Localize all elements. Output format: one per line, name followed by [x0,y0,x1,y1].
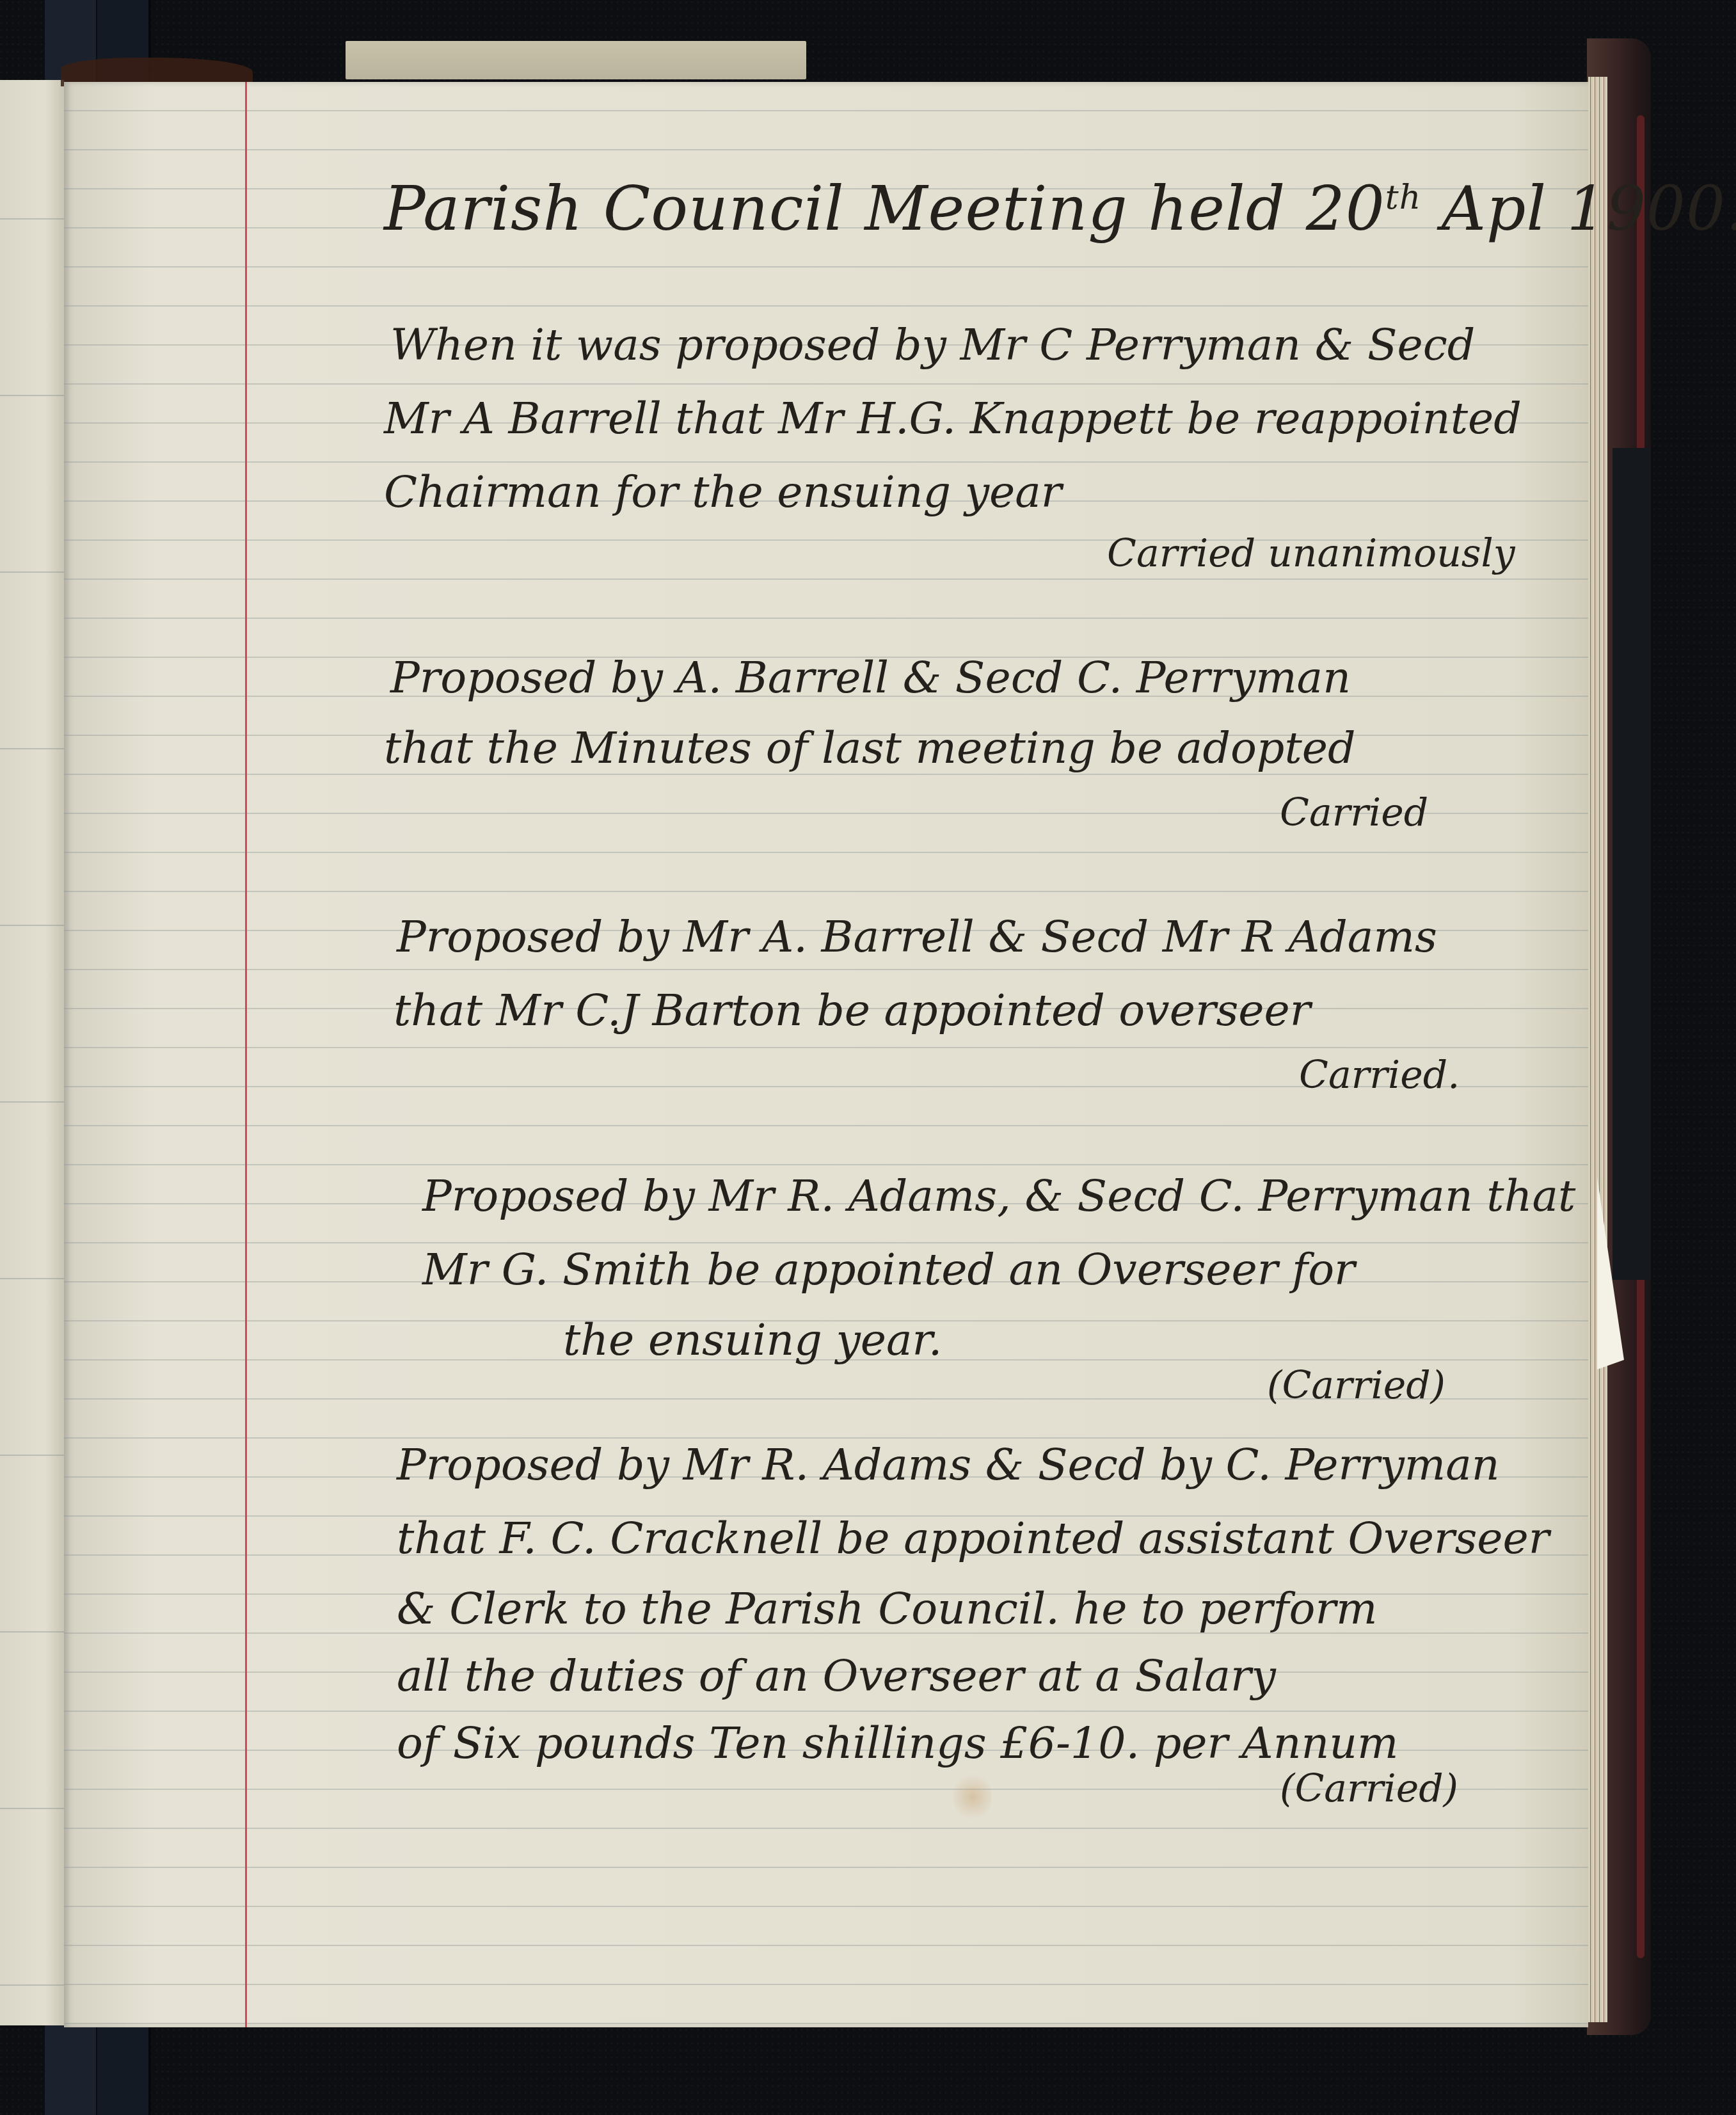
motion-result: (Carried) [1280,1766,1458,1811]
ink-stain [953,1771,992,1823]
entry-line: that F. C. Cracknell be appointed assist… [397,1513,1549,1564]
motion-result: (Carried) [1267,1363,1445,1408]
entry-line: Mr A Barrell that Mr H.G. Knappett be re… [384,394,1522,444]
entry-line: Proposed by A. Barrell & Secd C. Perryma… [390,653,1351,703]
entry-line: Chairman for the ensuing year [384,467,1062,518]
entry-line: that the Minutes of last meeting be adop… [384,723,1355,774]
entry-line: Proposed by Mr R. Adams & Secd by C. Per… [397,1440,1500,1490]
page-stack-edges [1588,77,1607,2022]
cover-dark-panel [1613,448,1651,1280]
motion-result: Carried [1280,790,1428,835]
entry-line: Proposed by Mr A. Barrell & Secd Mr R Ad… [397,912,1437,962]
entry-line: Mr G. Smith be appointed an Overseer for [422,1245,1355,1295]
entry-line: & Clerk to the Parish Council. he to per… [397,1584,1377,1634]
entry-line: the ensuing year. [563,1315,942,1366]
page-title: Parish Council Meeting held 20th Apl 190… [384,173,1736,244]
paper-slip [346,41,806,79]
motion-result: Carried unanimously [1107,531,1515,576]
motion-result: Carried. [1299,1053,1460,1097]
entry-line: Proposed by Mr R. Adams, & Secd C. Perry… [422,1171,1575,1222]
entry-line: all the duties of an Overseer at a Salar… [397,1651,1276,1702]
entry-line: of Six pounds Ten shillings £6-10. per A… [397,1718,1399,1769]
margin-rule [245,82,247,2027]
entry-line: that Mr C.J Barton be appointed overseer [394,986,1310,1036]
left-page-edge [0,80,64,2025]
entry-line: When it was proposed by Mr C Perryman & … [390,320,1475,371]
